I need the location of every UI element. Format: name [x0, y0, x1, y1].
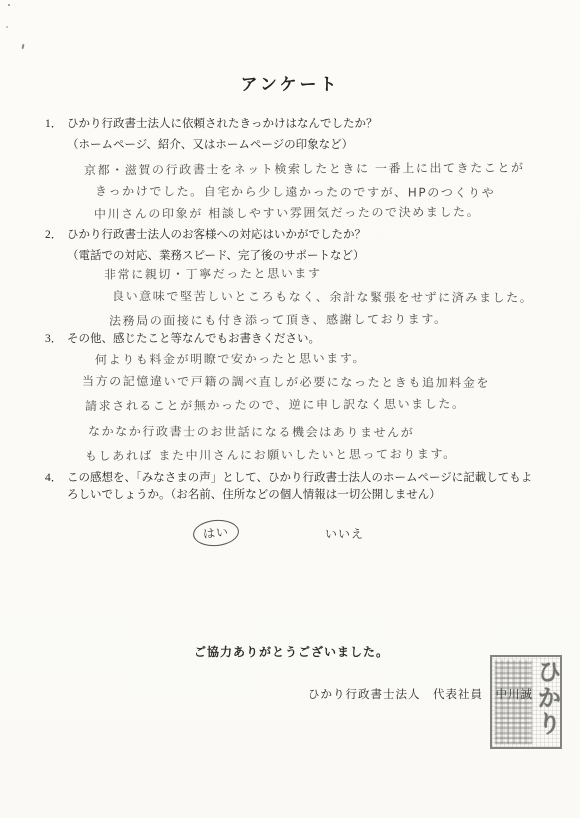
option-yes-circled: はい [192, 518, 240, 548]
question-4: 4． この感想を、「みなさまの声」として、ひかり行政書士法人のホームページに記載… [45, 470, 535, 503]
question-1-answer-line: 京都・滋賀の行政書士をネット検索したときに 一番上に出てきたことが [84, 159, 525, 179]
scan-speck [22, 44, 25, 49]
question-3-answer-line: 何よりも料金が明瞭で安かったと思います。 [95, 349, 366, 368]
question-2-hint: （電話での対応、業務スピード、完了後のサポートなど） [45, 248, 535, 265]
survey-page: アンケート 1． ひかり行政書士法人に依頼されたきっかけはなんでしたか？ （ホー… [0, 0, 580, 818]
question-1-answer-line: きっかけでした。自宅から少し遠かったのですが、HPのつくりや [95, 182, 495, 201]
scan-speck [8, 4, 10, 6]
question-1-answer-line: 中川さんの印象が 相談しやすい雰囲気だったので決めました。 [94, 203, 480, 222]
question-1-number: 1． [45, 116, 62, 133]
question-3: 3． その他、感じたこと等なんでもお書きください。 [45, 331, 535, 348]
closing-message: ご協力ありがとうございました。 [194, 643, 389, 660]
question-3-answer-line: 請求されることが無かったので、逆に申し訳なく思いました。 [85, 395, 466, 414]
question-4-note: （お名前、住所などの個人情報は一切公開しません） [171, 489, 441, 501]
question-4-options: はい いいえ [193, 520, 364, 546]
question-2-text: ひかり行政書士法人のお客様への対応はいかがでしたか？ [67, 229, 366, 241]
question-2-answer-line: 非常に親切・丁寧だったと思います [104, 264, 322, 282]
question-2: 2． ひかり行政書士法人のお客様への対応はいかがでしたか？ （電話での対応、業務… [45, 227, 535, 264]
question-4-number: 4． [45, 470, 62, 487]
question-2-answer-line: 良い意味で堅苦しいところもなく、余計な緊張をせずに済みました。 [112, 287, 533, 306]
stamp-texture [495, 660, 532, 744]
stamp-label: ひかり [535, 657, 560, 747]
question-3-answer-line: なかなか行政書士のお世話になる機会はありませんが [88, 422, 414, 440]
question-2-answer-line: 法務局の面接にも付き添って頂き、感謝しております。 [109, 310, 448, 329]
question-1: 1． ひかり行政書士法人に依頼されたきっかけはなんでしたか？ （ホームページ、紹… [45, 116, 535, 153]
question-1-hint: （ホームページ、紹介、又はホームページの印象など） [45, 137, 535, 154]
question-1-text: ひかり行政書士法人に依頼されたきっかけはなんでしたか？ [67, 118, 378, 130]
option-no: いいえ [325, 525, 364, 542]
question-2-number: 2． [45, 227, 62, 244]
scan-speck [6, 26, 8, 28]
question-3-answer-line: もしあれば また中川さんにお願いしたいと思っております。 [85, 445, 457, 464]
company-seal-stamp: ひかり [490, 655, 562, 749]
question-3-number: 3． [45, 331, 62, 348]
question-3-answer-line: 当方の記憶違いで戸籍の調べ直しが必要になったときも追加料金を [82, 372, 490, 391]
question-3-text: その他、感じたこと等なんでもお書きください。 [67, 333, 320, 345]
page-title: アンケート [0, 70, 580, 95]
